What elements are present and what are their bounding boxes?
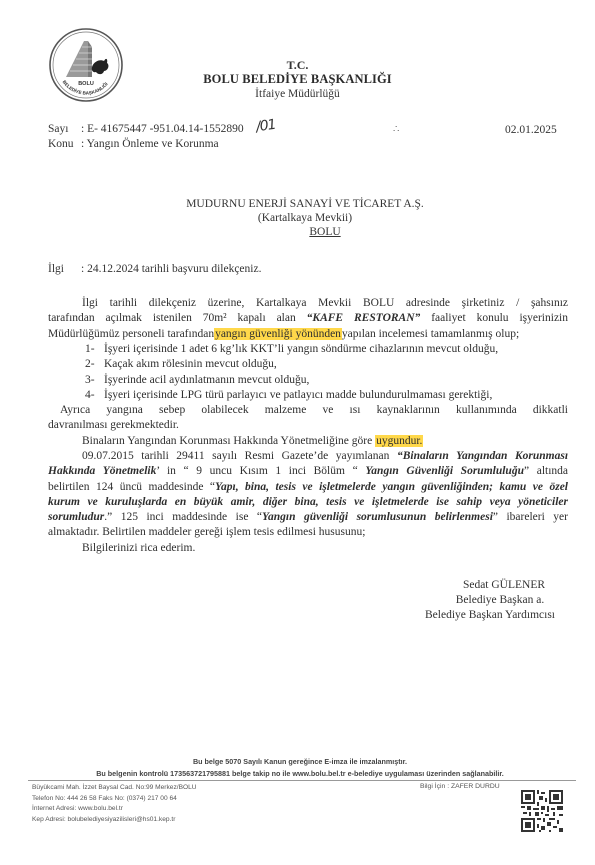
handwritten-annotation: /01 — [255, 117, 277, 136]
highlight-fire-safety: yangın güvenliği yönünden — [214, 328, 342, 340]
reference: İlgi: 24.12.2024 tarihli başvuru dilekçe… — [48, 263, 261, 275]
organization-name: BOLU BELEDİYE BAŞKANLIĞI — [0, 72, 595, 87]
signature-block: Sedat GÜLENER Belediye Başkan a. Belediy… — [400, 578, 580, 623]
state-label: T.C. — [0, 58, 595, 73]
document-number: Sayı: E- 41675447 -951.04.14-1552890 — [48, 123, 244, 135]
ilgi-value: : 24.12.2024 tarihli başvuru dilekçeniz. — [81, 263, 261, 275]
website-link[interactable]: İnternet Adresi: www.bolu.bel.tr — [32, 804, 197, 815]
highlight-conformity: uygundur. — [375, 435, 423, 447]
findings-list: 1-İşyeri içerisinde 1 adet 6 kg’lık KKT’… — [85, 342, 568, 403]
sayi-label: Sayı — [48, 123, 81, 135]
list-item: 4-İşyeri içerisinde LPG türü parlayıcı v… — [85, 388, 568, 403]
kep-address[interactable]: Kep Adresi: bolubelediyesiyazilisleri@hs… — [32, 815, 197, 826]
paragraph-conformity: Binaların Yangından Korunması Hakkında Y… — [48, 434, 568, 449]
footer-divider — [28, 780, 576, 781]
konu-label: Konu — [48, 138, 81, 150]
esign-note: Bu belge 5070 Sayılı Kanun gereğince E-i… — [0, 757, 595, 766]
recipient-company: MUDURNU ENERJİ SANAYİ VE TİCARET A.Ş. — [0, 198, 595, 210]
paragraph-intro: İlgi tarihli dilekçeniz üzerine, Kartalk… — [48, 296, 568, 342]
list-item: 2-Kaçak akım rölesinin mevcut olduğu, — [85, 357, 568, 372]
list-item: 1-İşyeri içerisinde 1 adet 6 kg’lık KKT’… — [85, 342, 568, 357]
p1-line2: tarafından açılmak istenilen 70m² kapalı… — [48, 311, 568, 326]
signatory-role: Belediye Başkan Yardımcısı — [400, 608, 580, 623]
recipient-city: BOLU — [20, 226, 595, 238]
scan-artifact: ∴ — [393, 124, 399, 135]
verification-note: Bu belgenin kontrolü 173563721795881 bel… — [0, 769, 595, 778]
list-item: 3-İşyerinde acil aydınlatmanın mevcut ol… — [85, 373, 568, 388]
contact-block: Büyükcami Mah. İzzet Baysal Cad. No:99 M… — [32, 783, 197, 825]
subject: Konu: Yangın Önleme ve Korunma — [48, 138, 219, 150]
phone-fax: Telefon No: 444 26 58 Faks No: (0374) 21… — [32, 794, 197, 805]
document-date: 02.01.2025 — [505, 124, 557, 136]
closing-line: Bilgilerinizi rica ederim. — [48, 541, 568, 556]
qr-code-icon — [521, 790, 563, 832]
department-name: İtfaiye Müdürlüğü — [0, 88, 595, 100]
sayi-value: : E- 41675447 -951.04.14-1552890 — [81, 123, 244, 135]
info-contact: Bilgi İçin : ZAFER DURDU — [420, 783, 500, 790]
address: Büyükcami Mah. İzzet Baysal Cad. No:99 M… — [32, 783, 197, 794]
signatory-title: Belediye Başkan a. — [400, 593, 580, 608]
signatory-name: Sedat GÜLENER — [400, 578, 580, 593]
ilgi-label: İlgi — [48, 263, 81, 275]
paragraph-regulation: 09.07.2015 tarihli 29411 sayılı Resmi Ga… — [48, 449, 568, 556]
business-type: “KAFE RESTORAN” — [307, 312, 421, 324]
konu-value: : Yangın Önleme ve Korunma — [81, 138, 219, 150]
recipient-location: (Kartalkaya Mevkii) — [0, 212, 595, 224]
p1-line1: İlgi tarihli dilekçeniz üzerine, Kartalk… — [48, 296, 568, 311]
p1-line3: Müdürlüğümüz personeli tarafındanyangın … — [48, 327, 568, 342]
paragraph-caution: Ayrıca yangına sebep olabilecek malzeme … — [48, 403, 568, 434]
